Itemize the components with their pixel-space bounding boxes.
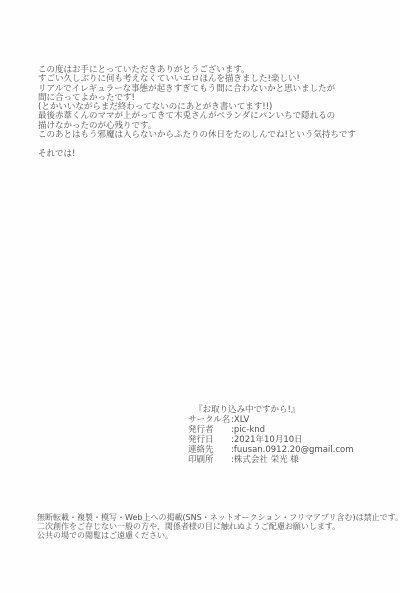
colophon-value-contact: fuusan.0912.20@gmail.com	[234, 445, 354, 455]
colophon-label: 発行者	[188, 425, 231, 435]
afterword-line: このあとはもう邪魔は入らないからふたりの休日をたのしんでね!という気持ちです	[38, 131, 356, 140]
afterword-text: この度はお手にとっていただきありがとうございます。 すごい久しぶりに何も考えなく…	[38, 66, 356, 160]
colophon: 『お取り込み中ですから!』 サークル名:XLV 発行者:pic-knd 発行日:…	[188, 405, 353, 465]
colophon-row-printer: 印刷所:株式会社 栄光 様	[188, 455, 353, 465]
legal-line: 公共の場での閲覧はご遠慮ください。	[37, 531, 400, 540]
legal-line: 無断転載・複製・模写・Web上への掲載(SNS・ネットオークション・フリマアプリ…	[37, 513, 400, 522]
colophon-row-circle: サークル名:XLV	[188, 415, 353, 425]
afterword-closing: それでは!	[38, 150, 356, 159]
colophon-value-publisher: pic-knd	[234, 425, 265, 435]
book-title: 『お取り込み中ですから!』	[188, 405, 353, 415]
scanned-afterword-page: この度はお手にとっていただきありがとうございます。 すごい久しぶりに何も考えなく…	[0, 0, 400, 593]
colophon-row-contact: 連絡先:fuusan.0912.20@gmail.com	[188, 445, 353, 455]
colophon-label: サークル名	[188, 415, 231, 425]
legal-line: 二次創作をご存じない一般の方や、関係者様の目に触れぬようご配慮お願いします。	[37, 522, 400, 531]
legal-notice: 無断転載・複製・模写・Web上への掲載(SNS・ネットオークション・フリマアプリ…	[37, 513, 400, 540]
colophon-value-circle: XLV	[234, 415, 249, 425]
colophon-row-publisher: 発行者:pic-knd	[188, 425, 353, 435]
colophon-value-date: 2021年10月10日	[234, 435, 303, 445]
colophon-value-printer: 株式会社 栄光 様	[234, 455, 299, 465]
colophon-label: 発行日	[188, 435, 231, 445]
colophon-label: 印刷所	[188, 455, 231, 465]
colophon-row-date: 発行日:2021年10月10日	[188, 435, 353, 445]
colophon-label: 連絡先	[188, 445, 231, 455]
